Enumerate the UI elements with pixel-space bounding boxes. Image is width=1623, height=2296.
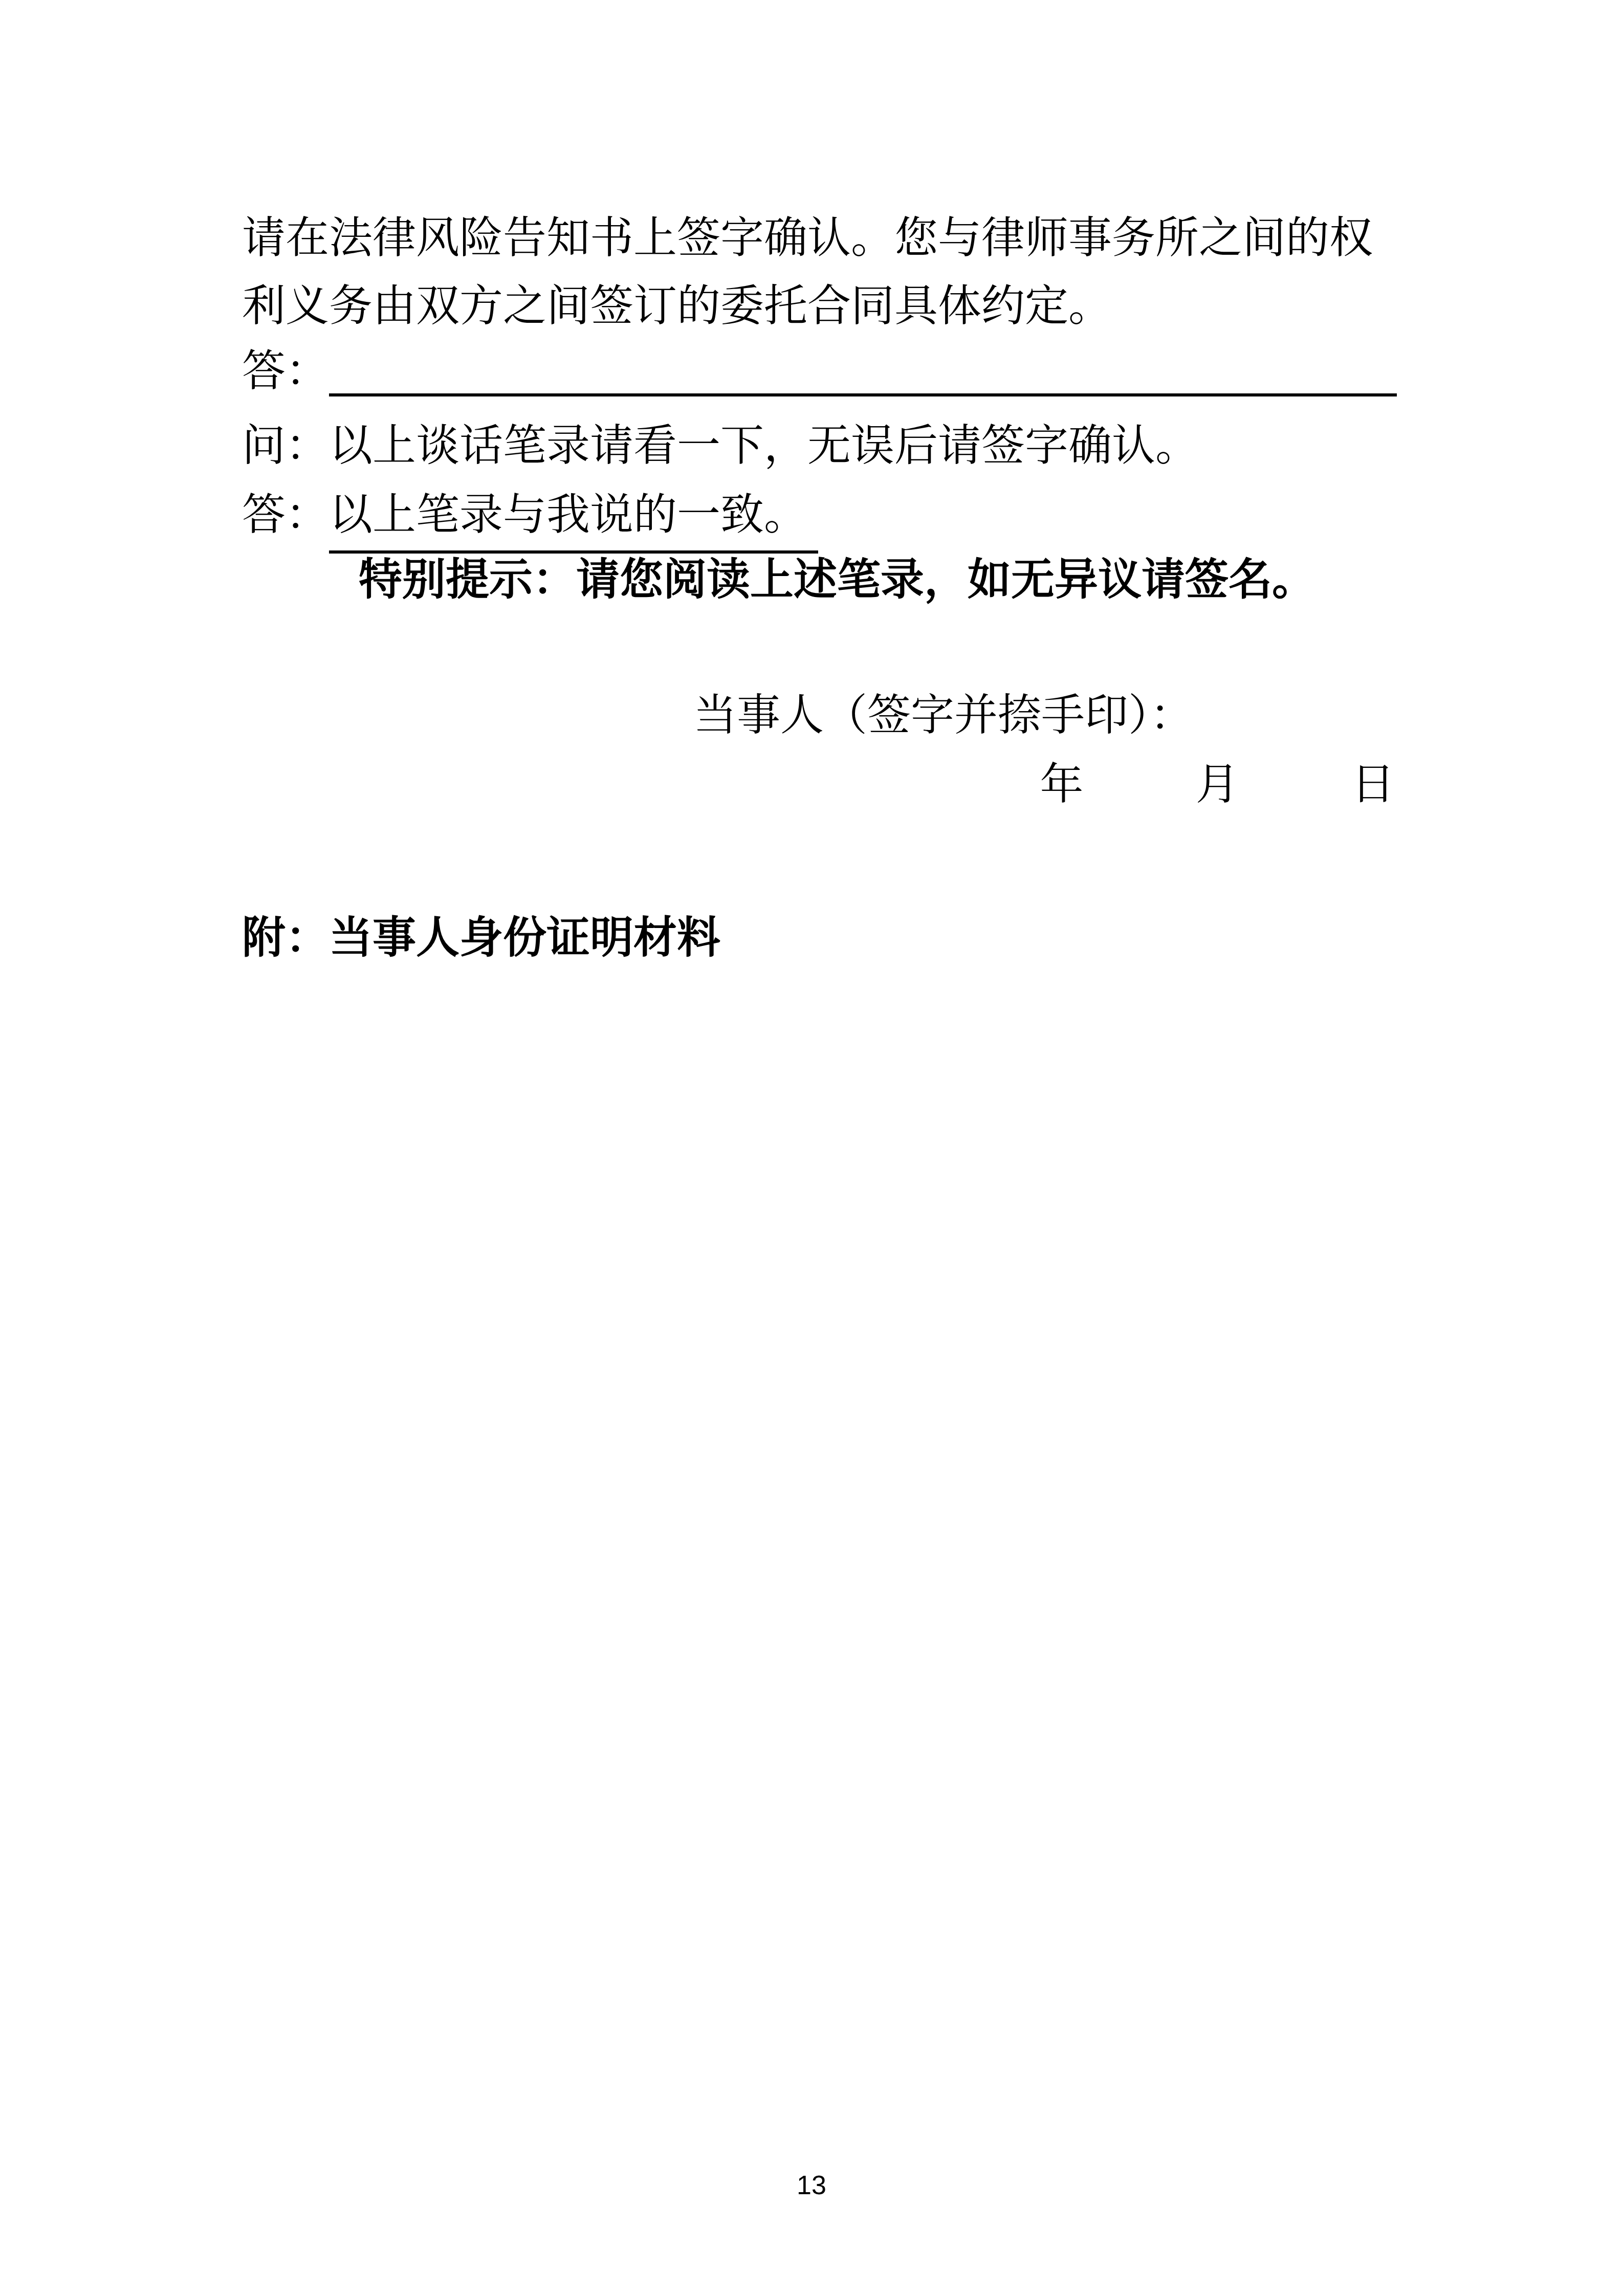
question-text: 以上谈话笔录请看一下，无误后请签字确认。 — [329, 412, 1199, 480]
document-page: 请在法律风险告知书上签字确认。您与律师事务所之间的权 利义务由双方之间签订的委托… — [0, 0, 1623, 2296]
attachment-label: 附： — [242, 904, 329, 973]
answer-filled-text: 以上笔录与我说的一致。 — [329, 481, 818, 554]
special-notice: 特别提示：请您阅读上述笔录，如无异议请签名。 — [359, 546, 1315, 614]
attachment-note: 附： 当事人身份证明材料 — [242, 904, 720, 973]
answer-blank-row: 答： — [242, 338, 1405, 406]
body-paragraph: 请在法律风险告知书上签字确认。您与律师事务所之间的权 利义务由双方之间签订的委托… — [242, 205, 1414, 341]
page-number: 13 — [0, 2169, 1623, 2202]
answer-blank-label: 答： — [242, 338, 329, 406]
signature-line: 当事人（签字并捺手印）： — [693, 682, 1194, 750]
answer-filled-label: 答： — [242, 481, 329, 549]
answer-filled-row: 答： 以上笔录与我说的一致。 — [242, 481, 1405, 554]
question-label: 问： — [242, 412, 329, 480]
date-year-label: 年 — [1040, 751, 1083, 819]
attachment-text: 当事人身份证明材料 — [329, 904, 720, 973]
date-line: 年 月 日 — [242, 751, 1395, 819]
question-row: 问： 以上谈话笔录请看一下，无误后请签字确认。 — [242, 412, 1405, 480]
date-month-label: 月 — [1196, 751, 1239, 819]
answer-blank-underline — [329, 338, 1397, 396]
date-day-label: 日 — [1351, 751, 1395, 819]
